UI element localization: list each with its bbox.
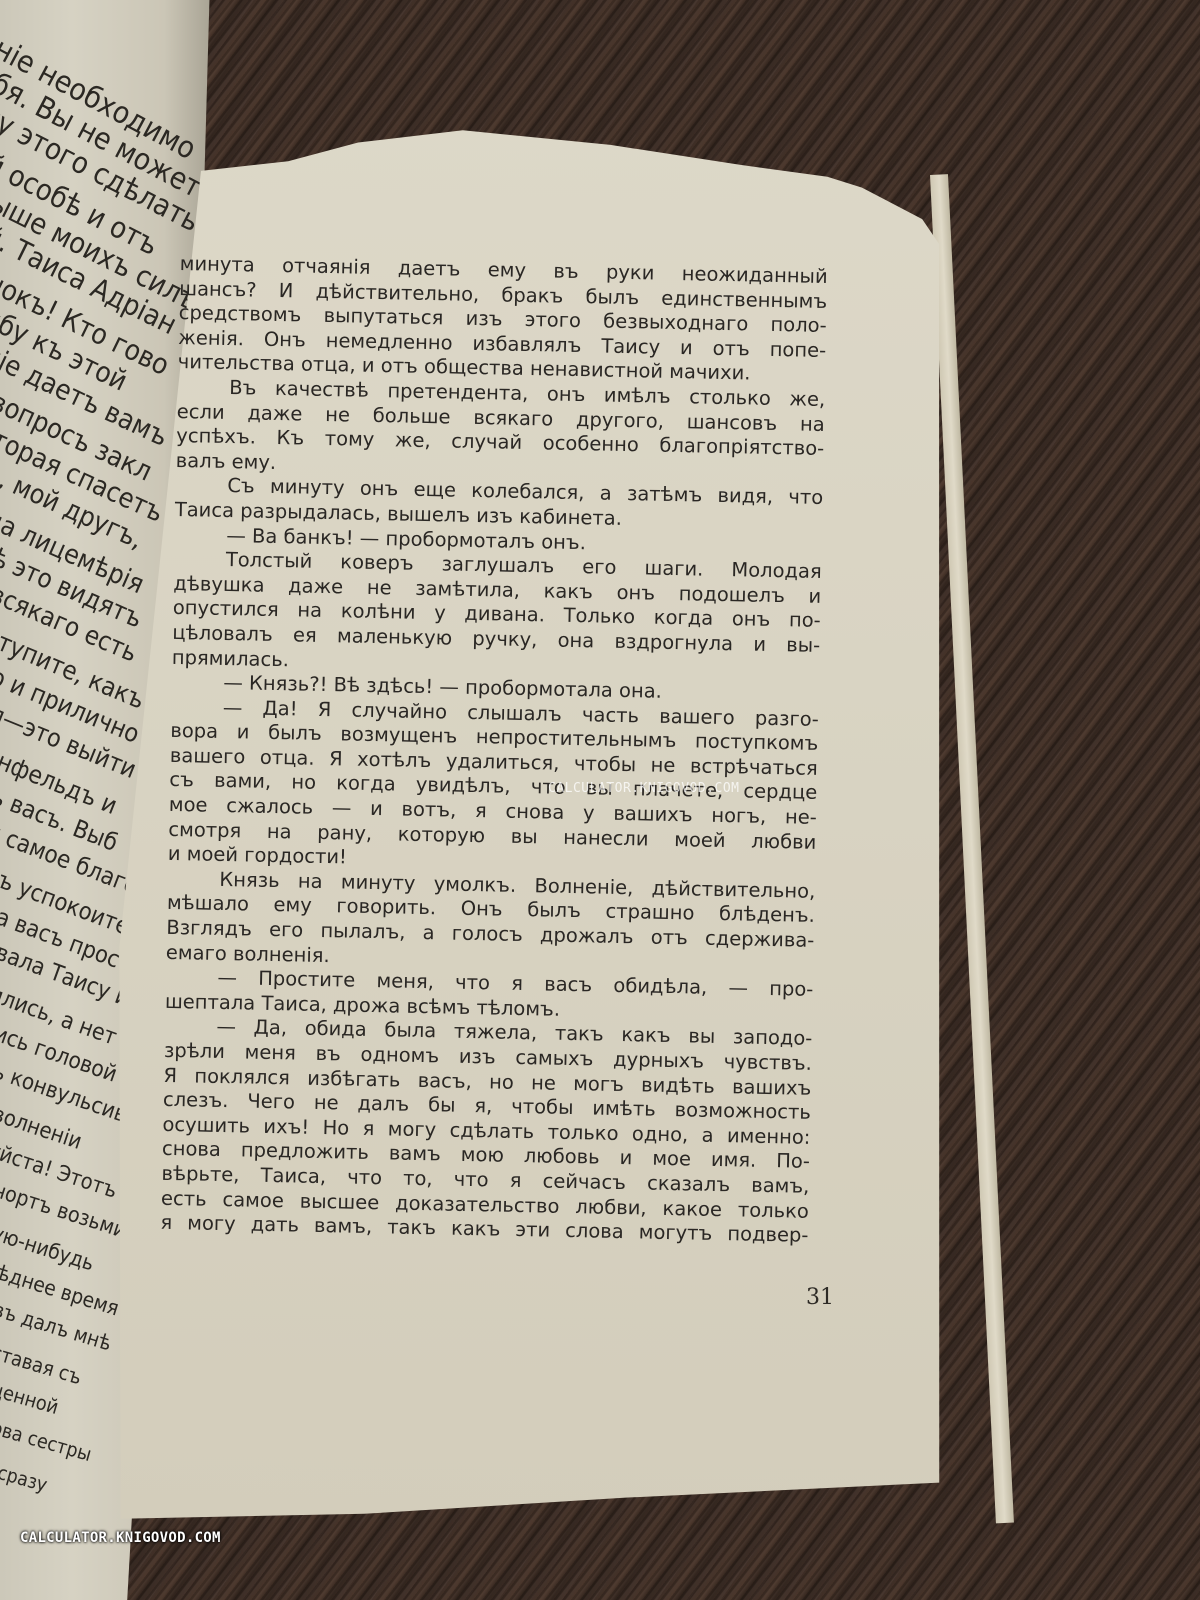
- facing-text-line: онъ сразу: [0, 1450, 50, 1496]
- page-edge: [930, 174, 1014, 1523]
- page-number: 31: [806, 1285, 834, 1310]
- inline-watermark: CALCULATOR.KNIGOVOD.COM: [548, 781, 740, 796]
- photo-scene: женіе необходимосебя. Вы не можетеогу эт…: [0, 0, 1200, 1600]
- page-body-text: минута отчаянія даетъ ему въ руки неожид…: [160, 252, 828, 1249]
- corner-watermark: CALCULATOR.KNIGOVOD.COM: [20, 1530, 221, 1546]
- facing-text-line: слова сестры: [0, 1410, 94, 1466]
